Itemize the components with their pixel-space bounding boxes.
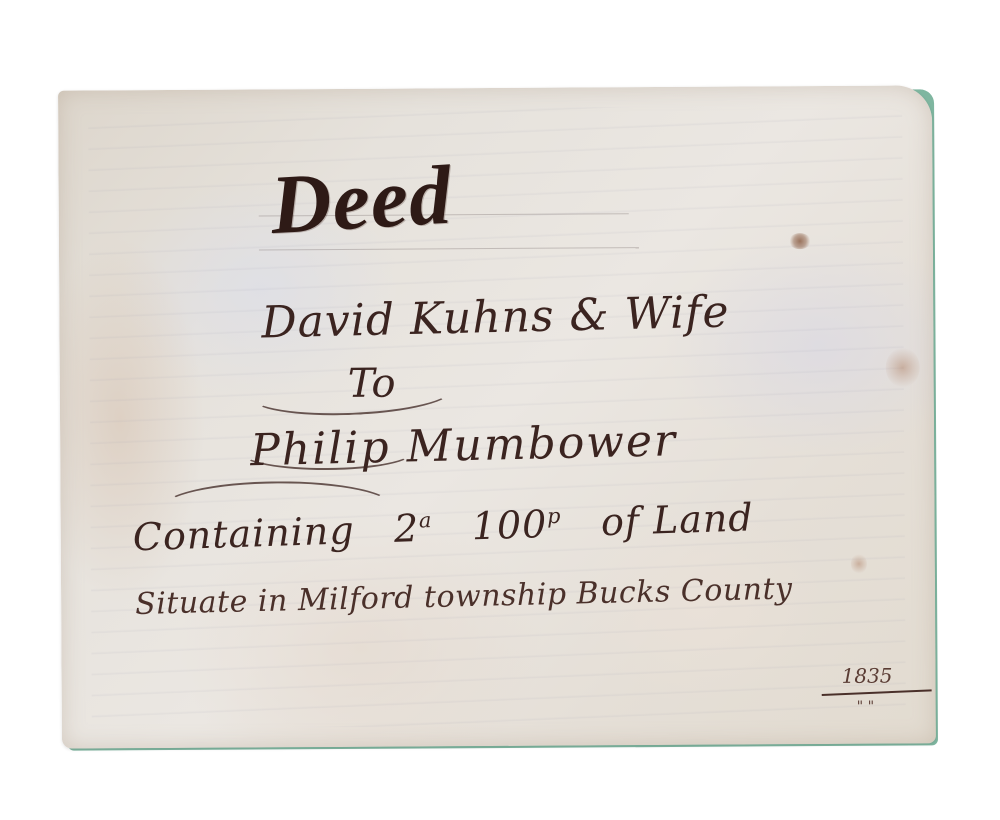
perches-value: 100 [471, 502, 548, 548]
grantor-line: David Kuhns & Wife [261, 290, 730, 345]
situate-line: Situate in Milford township Bucks County [135, 574, 793, 619]
grantee-line: Philip Mumbower [250, 419, 678, 473]
deed-year: 1835 [842, 666, 893, 686]
year-note: " " [857, 700, 874, 714]
acres-value: 2 [393, 506, 420, 551]
land-suffix: of Land [600, 495, 754, 544]
photo-stage: Deed David Kuhns & Wife To Philip Mumbow… [0, 0, 1000, 820]
perches-unit: p [547, 504, 562, 528]
containing-label: Containing [132, 508, 355, 559]
deed-title: Deed [268, 154, 454, 248]
ink-spot-stain [789, 233, 811, 249]
acres-unit: a [418, 508, 432, 532]
deed-paper: Deed David Kuhns & Wife To Philip Mumbow… [58, 85, 936, 748]
foxing-stain [851, 554, 867, 574]
bleed-through-texture [88, 106, 906, 729]
year-underline [822, 689, 932, 696]
connector-to: To [348, 364, 396, 404]
foxing-stain [886, 347, 920, 387]
